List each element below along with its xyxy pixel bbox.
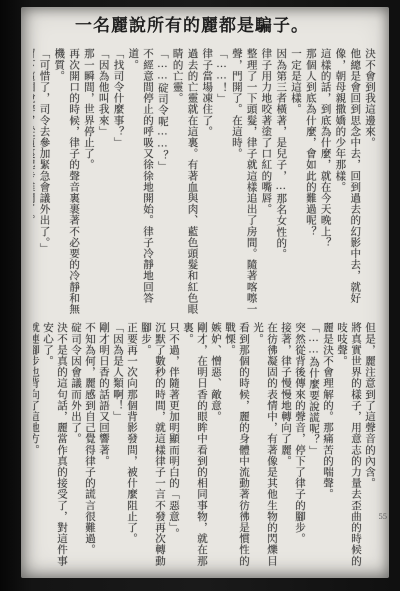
paragraph: 因為第三者橫著，是兒子，…那名女性的。 <box>272 48 287 321</box>
paragraph: 過去的亡靈就在這裏。有著血與肉、藍色頭髮和紅色眼睛的亡靈。 <box>169 48 199 321</box>
paragraph: 嫉妒、憎惡、敵意。 <box>208 322 222 573</box>
paragraph: 決不是真的這句話，麗當作真的接受了，對這件事安心了。 <box>40 322 68 573</box>
lower-text-band: 但是，麗注意到了這聲音的內含。將真實世界的樣子，用意志的力量去歪曲的時候的吱吱聲… <box>33 322 376 573</box>
paragraph: 「因為他叫我來」 <box>95 48 110 321</box>
paragraph: 「……為什麼要說謊呢？」 <box>306 322 320 573</box>
paragraph: 不知為何，麗感到自己覺得律子的謊言很難過。 <box>82 322 96 573</box>
paragraph: 律子當場凍住了。 <box>198 48 213 321</box>
paragraph: 決不會到我這邊來。 <box>361 48 376 321</box>
upper-text-band: 決不會到我這邊來。他總是會回到思念中去，回到過去的幻影中去，就好像，朝母親撒嬌的… <box>33 48 376 321</box>
paragraph: 「找司令什麼事？」 <box>110 48 125 321</box>
page-number: 55 <box>379 511 388 521</box>
paragraph: 這樣的話，到底為什麼，就在今天晚上？ <box>317 48 332 321</box>
paragraph: 沉默了數秒的時間，就這樣律子一言不發再次轉動腳步。 <box>138 322 166 573</box>
paragraph: 突然從背後傳來的聲音，停下了律子的腳步。 <box>292 322 306 573</box>
chapter-title: 一名麗說所有的麗都是騙子。 <box>75 11 309 36</box>
paragraph: 他總是會回到思念中去，回到過去的幻影中去，就好像，朝母親撒嬌的少年那樣。 <box>332 48 362 321</box>
paragraph: 剛才明日香的話語又回響著。 <box>96 322 110 573</box>
paragraph: 碇司令因會議而外出了。 <box>68 322 82 573</box>
paragraph: 「因為是人類啊！」 <box>110 322 124 573</box>
paragraph: 「……！」 <box>213 48 228 321</box>
paragraph: 「……碇司令呢……？」 <box>154 48 169 321</box>
paragraph: 在彷彿凝固的表情中，有著像是其他生物的閃爍目光。 <box>250 322 278 573</box>
paragraph: 接著，律子慢慢地轉向了麗。 <box>278 322 292 573</box>
paragraph: 不經意間停止的呼吸又徐徐地開始。律子冷靜地回答道。 <box>124 48 154 321</box>
paragraph: 整理了一下頭髮，律子就這樣追出了房間。隨著喀嚓一聲，門開了。在這時。 <box>228 48 258 321</box>
paragraph: 律子用力地咬著塗了口紅的嘴唇。 <box>258 48 273 321</box>
paragraph: 一定是這樣。 <box>287 48 302 321</box>
paragraph: 那一瞬間，世界停止了。 <box>80 48 95 321</box>
paragraph: 「可惜了，司令去參加緊急會議外出了。」 <box>36 48 51 321</box>
paragraph: 再次開口的時候，律子的聲音裏裹著不必要的冷靜和無機質。 <box>50 48 80 321</box>
scanned-book-page: 一名麗說所有的麗都是騙子。 決不會到我這邊來。他總是會回到思念中去，回到過去的幻… <box>0 0 400 591</box>
paragraph: 麗是決不會理解的。那痛苦的喘聲。 <box>320 322 334 573</box>
paragraph: 只不過，伴隨著更加明顯而明白的「惡意」。 <box>166 322 180 573</box>
page-paper: 一名麗說所有的麗都是騙子。 決不會到我這邊來。他總是會回到思念中去，回到過去的幻… <box>21 7 389 578</box>
paragraph: 正要再一次向那個背影發問，被什麼阻止了。 <box>124 322 138 573</box>
paragraph: 剛才，在明日香的眼眸中看到的相同事物，就在那裏。 <box>180 322 208 573</box>
paragraph: 就連腳步也背向了這地方。 <box>33 322 40 573</box>
paragraph: 那個人到底為什麼，會如此的難過呢？ <box>302 48 317 321</box>
paragraph: 看到那個的時候，麗的身體中流動著彷彿是慣性的戰慄。 <box>222 322 250 573</box>
paragraph: 但是，麗注意到了這聲音的內含。 <box>362 322 376 573</box>
paragraph: 將真實世界的樣子，用意志的力量去歪曲的時候的吱吱聲。 <box>334 322 362 573</box>
paragraph: 留下這個說辭，從這裏起步離開了。 <box>33 48 36 321</box>
